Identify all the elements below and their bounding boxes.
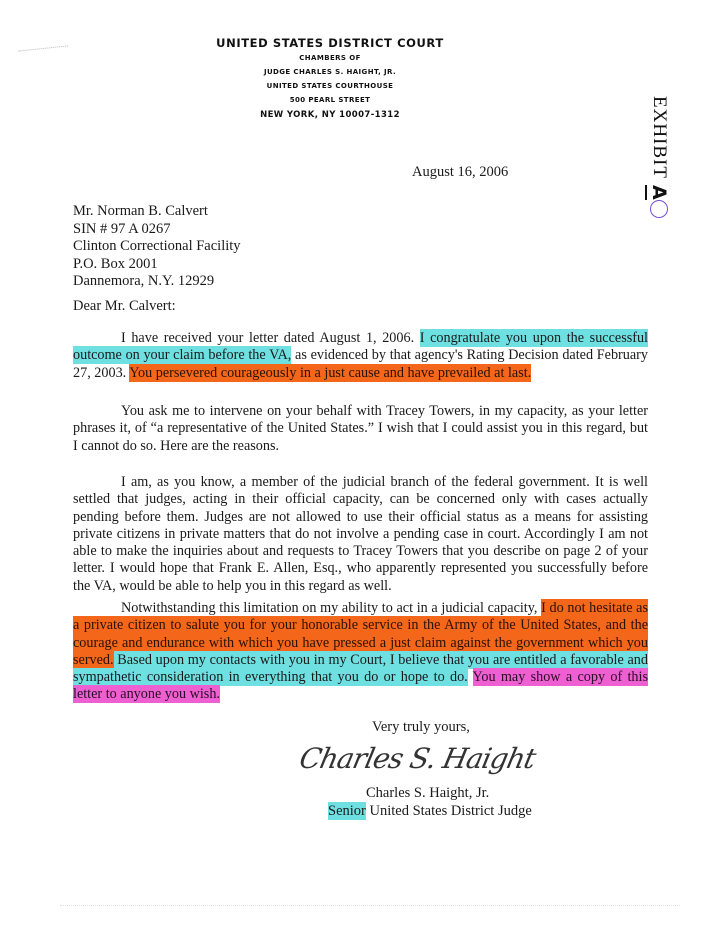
exhibit-mark: A bbox=[645, 185, 670, 201]
signer-title: Senior United States District Judge bbox=[328, 803, 532, 820]
letter-date: August 16, 2006 bbox=[412, 164, 508, 181]
street-line: 500 PEARL STREET bbox=[200, 93, 460, 107]
exhibit-label: EXHIBIT bbox=[649, 96, 670, 179]
paragraph-3: I am, as you know, a member of the judic… bbox=[73, 474, 648, 595]
stray-pen-mark bbox=[18, 39, 68, 51]
city-line: NEW YORK, NY 10007-1312 bbox=[200, 107, 460, 123]
signer-name: Charles S. Haight, Jr. bbox=[366, 785, 489, 802]
p4-text: Notwithstanding this limitation on my ab… bbox=[121, 600, 541, 616]
circled-number-icon bbox=[650, 200, 668, 218]
letterhead: UNITED STATES DISTRICT COURT CHAMBERS OF… bbox=[200, 36, 460, 123]
judge-line: JUDGE CHARLES S. HAIGHT, JR. bbox=[200, 65, 460, 79]
orange-highlight: You persevered courageously in a just ca… bbox=[129, 364, 531, 382]
p1-text: I have received your letter dated August… bbox=[121, 330, 420, 346]
recipient-po-box: P.O. Box 2001 bbox=[73, 256, 241, 274]
recipient-facility: Clinton Correctional Facility bbox=[73, 238, 241, 256]
p4-text bbox=[468, 669, 473, 685]
scan-noise bbox=[60, 905, 680, 910]
cyan-highlight: Senior bbox=[328, 802, 366, 820]
closing: Very truly yours, bbox=[372, 719, 470, 736]
handwritten-signature: Charles S. Haight bbox=[296, 742, 538, 775]
court-name: UNITED STATES DISTRICT COURT bbox=[200, 36, 460, 51]
paragraph-1: I have received your letter dated August… bbox=[73, 330, 648, 382]
recipient-city: Dannemora, N.Y. 12929 bbox=[73, 273, 241, 291]
recipient-address: Mr. Norman B. Calvert SIN # 97 A 0267 Cl… bbox=[73, 203, 241, 291]
recipient-name: Mr. Norman B. Calvert bbox=[73, 203, 241, 221]
paragraph-4: Notwithstanding this limitation on my ab… bbox=[73, 600, 648, 704]
courthouse-line: UNITED STATES COURTHOUSE bbox=[200, 79, 460, 93]
signer-title-rest: United States District Judge bbox=[366, 803, 532, 819]
salutation: Dear Mr. Calvert: bbox=[73, 298, 176, 315]
chambers-line: CHAMBERS OF bbox=[200, 51, 460, 65]
exhibit-stamp: EXHIBIT A bbox=[648, 96, 670, 218]
recipient-sin: SIN # 97 A 0267 bbox=[73, 221, 241, 239]
paragraph-2: You ask me to intervene on your behalf w… bbox=[73, 403, 648, 455]
